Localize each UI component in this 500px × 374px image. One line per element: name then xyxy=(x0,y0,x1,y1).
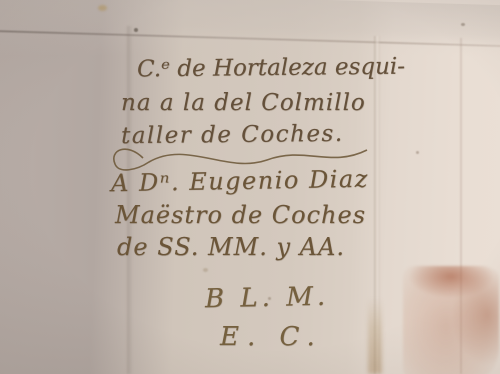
manuscript-letter-photo: C.ᵉ de Hortaleza esqui- na a la del Colm… xyxy=(0,0,500,374)
paper-top-fold-band xyxy=(0,0,500,48)
paper-speck xyxy=(268,297,271,300)
address-line-1: C.ᵉ de Hortaleza esqui- xyxy=(137,54,405,83)
recipient-line-3: de SS. MM. y AA. xyxy=(117,233,345,261)
fold-dirt-stain xyxy=(368,298,382,374)
address-line-2: na a la del Colmillo xyxy=(121,90,366,116)
recipient-line-2: Maëstro de Coches xyxy=(115,201,366,229)
paper-speck xyxy=(416,151,419,154)
wax-seal-stain xyxy=(403,266,499,374)
paper-speck xyxy=(461,23,465,26)
left-vertical-fold xyxy=(127,26,132,374)
paper-speck xyxy=(98,5,107,11)
closing-initials: E. C. xyxy=(220,322,323,352)
recipient-line-1: A Dⁿ. Eugenio Diaz xyxy=(111,165,369,197)
paper-speck xyxy=(203,268,208,272)
paper-speck xyxy=(134,28,138,32)
